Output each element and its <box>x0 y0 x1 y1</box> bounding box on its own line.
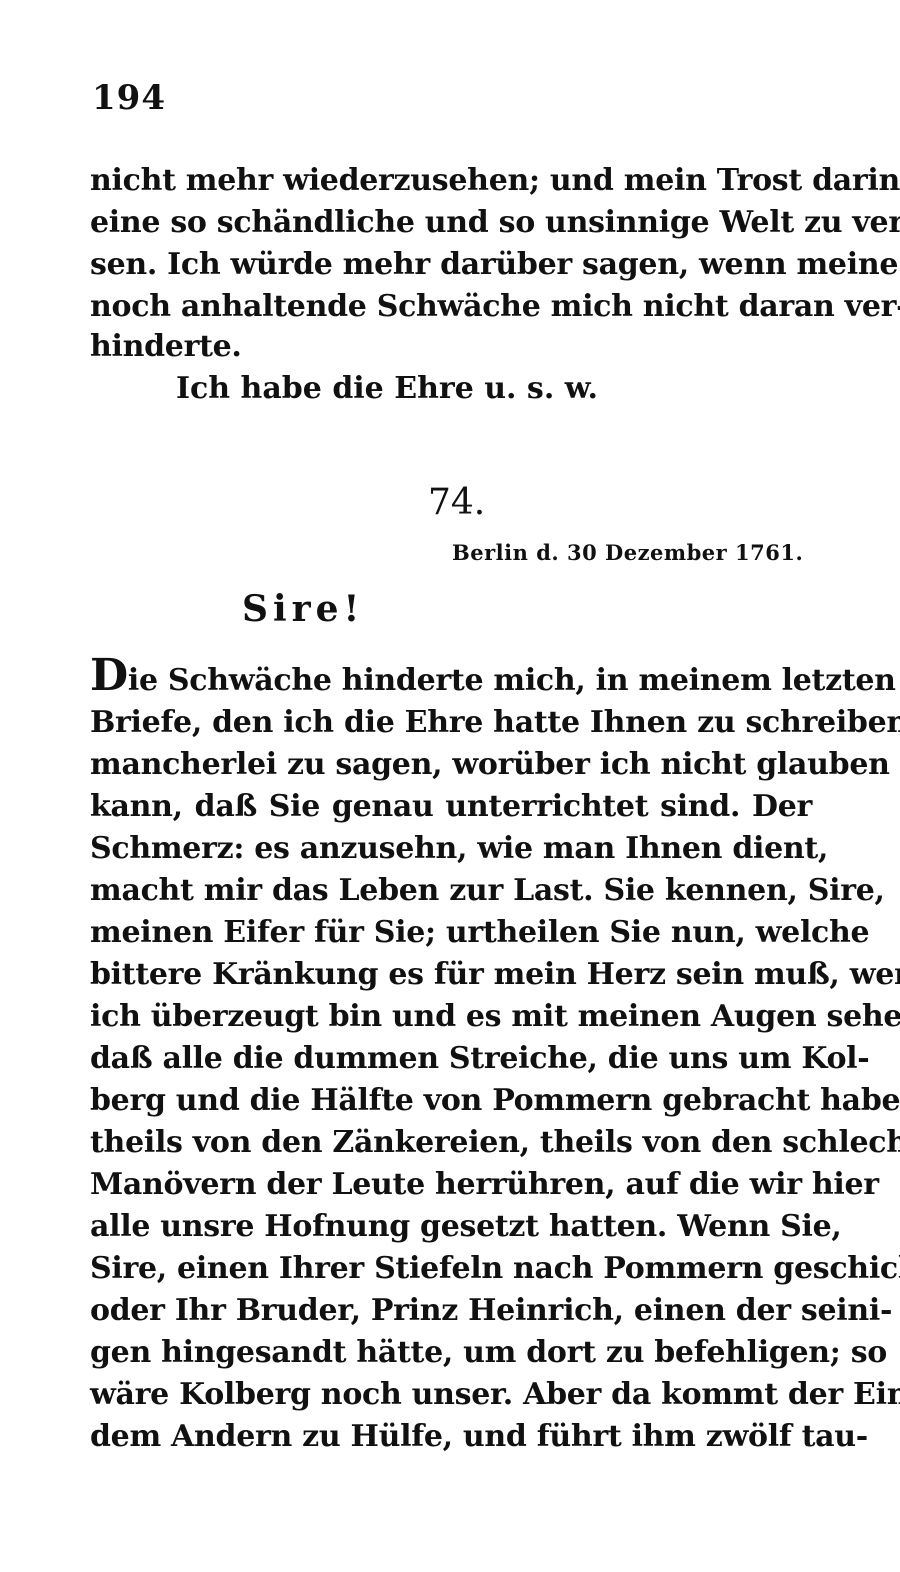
text-line: ich überzeugt bin und es mit meinen Auge… <box>90 996 812 1038</box>
text-line: kann, daß Sie genau unterrichtet sind. D… <box>90 786 812 828</box>
text-line: meinen Eifer für Sie; urtheilen Sie nun,… <box>90 912 812 954</box>
page-number: 194 <box>92 78 166 118</box>
text-line: macht mir das Leben zur Last. Sie kennen… <box>90 870 812 912</box>
text-line: berg und die Hälfte von Pommern gebracht… <box>90 1080 812 1122</box>
text-line: alle unsre Hofnung gesetzt hatten. Wenn … <box>90 1206 812 1248</box>
text-line-first: Die Schwäche hinderte mich, in meinem le… <box>90 660 812 702</box>
text-line: gen hingesandt hätte, um dort zu befehli… <box>90 1332 812 1374</box>
salutation: Sire! <box>242 588 364 630</box>
text-line: bittere Kränkung es für mein Herz sein m… <box>90 954 812 996</box>
text-line: nicht mehr wiederzusehen; und mein Trost… <box>90 160 812 202</box>
text-line: oder Ihr Bruder, Prinz Heinrich, einen d… <box>90 1290 812 1332</box>
text-line: daß alle die dummen Streiche, die uns um… <box>90 1038 812 1080</box>
text-line: eine so schändliche und so unsinnige Wel… <box>90 202 812 244</box>
dateline: Berlin d. 30 Dezember 1761. <box>452 540 803 565</box>
text-line: hinderte. <box>90 326 812 368</box>
text-line: dem Andern zu Hülfe, und führt ihm zwölf… <box>90 1416 812 1458</box>
closing-formula: Ich habe die Ehre u. s. w. <box>176 368 598 410</box>
text-line: Sire, einen Ihrer Stiefeln nach Pommern … <box>90 1248 812 1290</box>
initial-letter: D <box>90 650 128 701</box>
text-line: sen. Ich würde mehr darüber sagen, wenn … <box>90 244 812 286</box>
text-line: Manövern der Leute herrühren, auf die wi… <box>90 1164 812 1206</box>
text-line: mancherlei zu sagen, worüber ich nicht g… <box>90 744 812 786</box>
text-line: Schmerz: es anzusehn, wie man Ihnen dien… <box>90 828 812 870</box>
first-line-text: ie Schwäche hinderte mich, in meinem let… <box>128 663 896 698</box>
letter-number: 74. <box>428 482 485 523</box>
text-line: theils von den Zänkereien, theils von de… <box>90 1122 812 1164</box>
text-line: noch anhaltende Schwäche mich nicht dara… <box>90 286 812 328</box>
book-page: 194 nicht mehr wiederzusehen; und mein T… <box>0 0 900 1572</box>
text-line: wäre Kolberg noch unser. Aber da kommt d… <box>90 1374 812 1416</box>
text-line: Briefe, den ich die Ehre hatte Ihnen zu … <box>90 702 812 744</box>
